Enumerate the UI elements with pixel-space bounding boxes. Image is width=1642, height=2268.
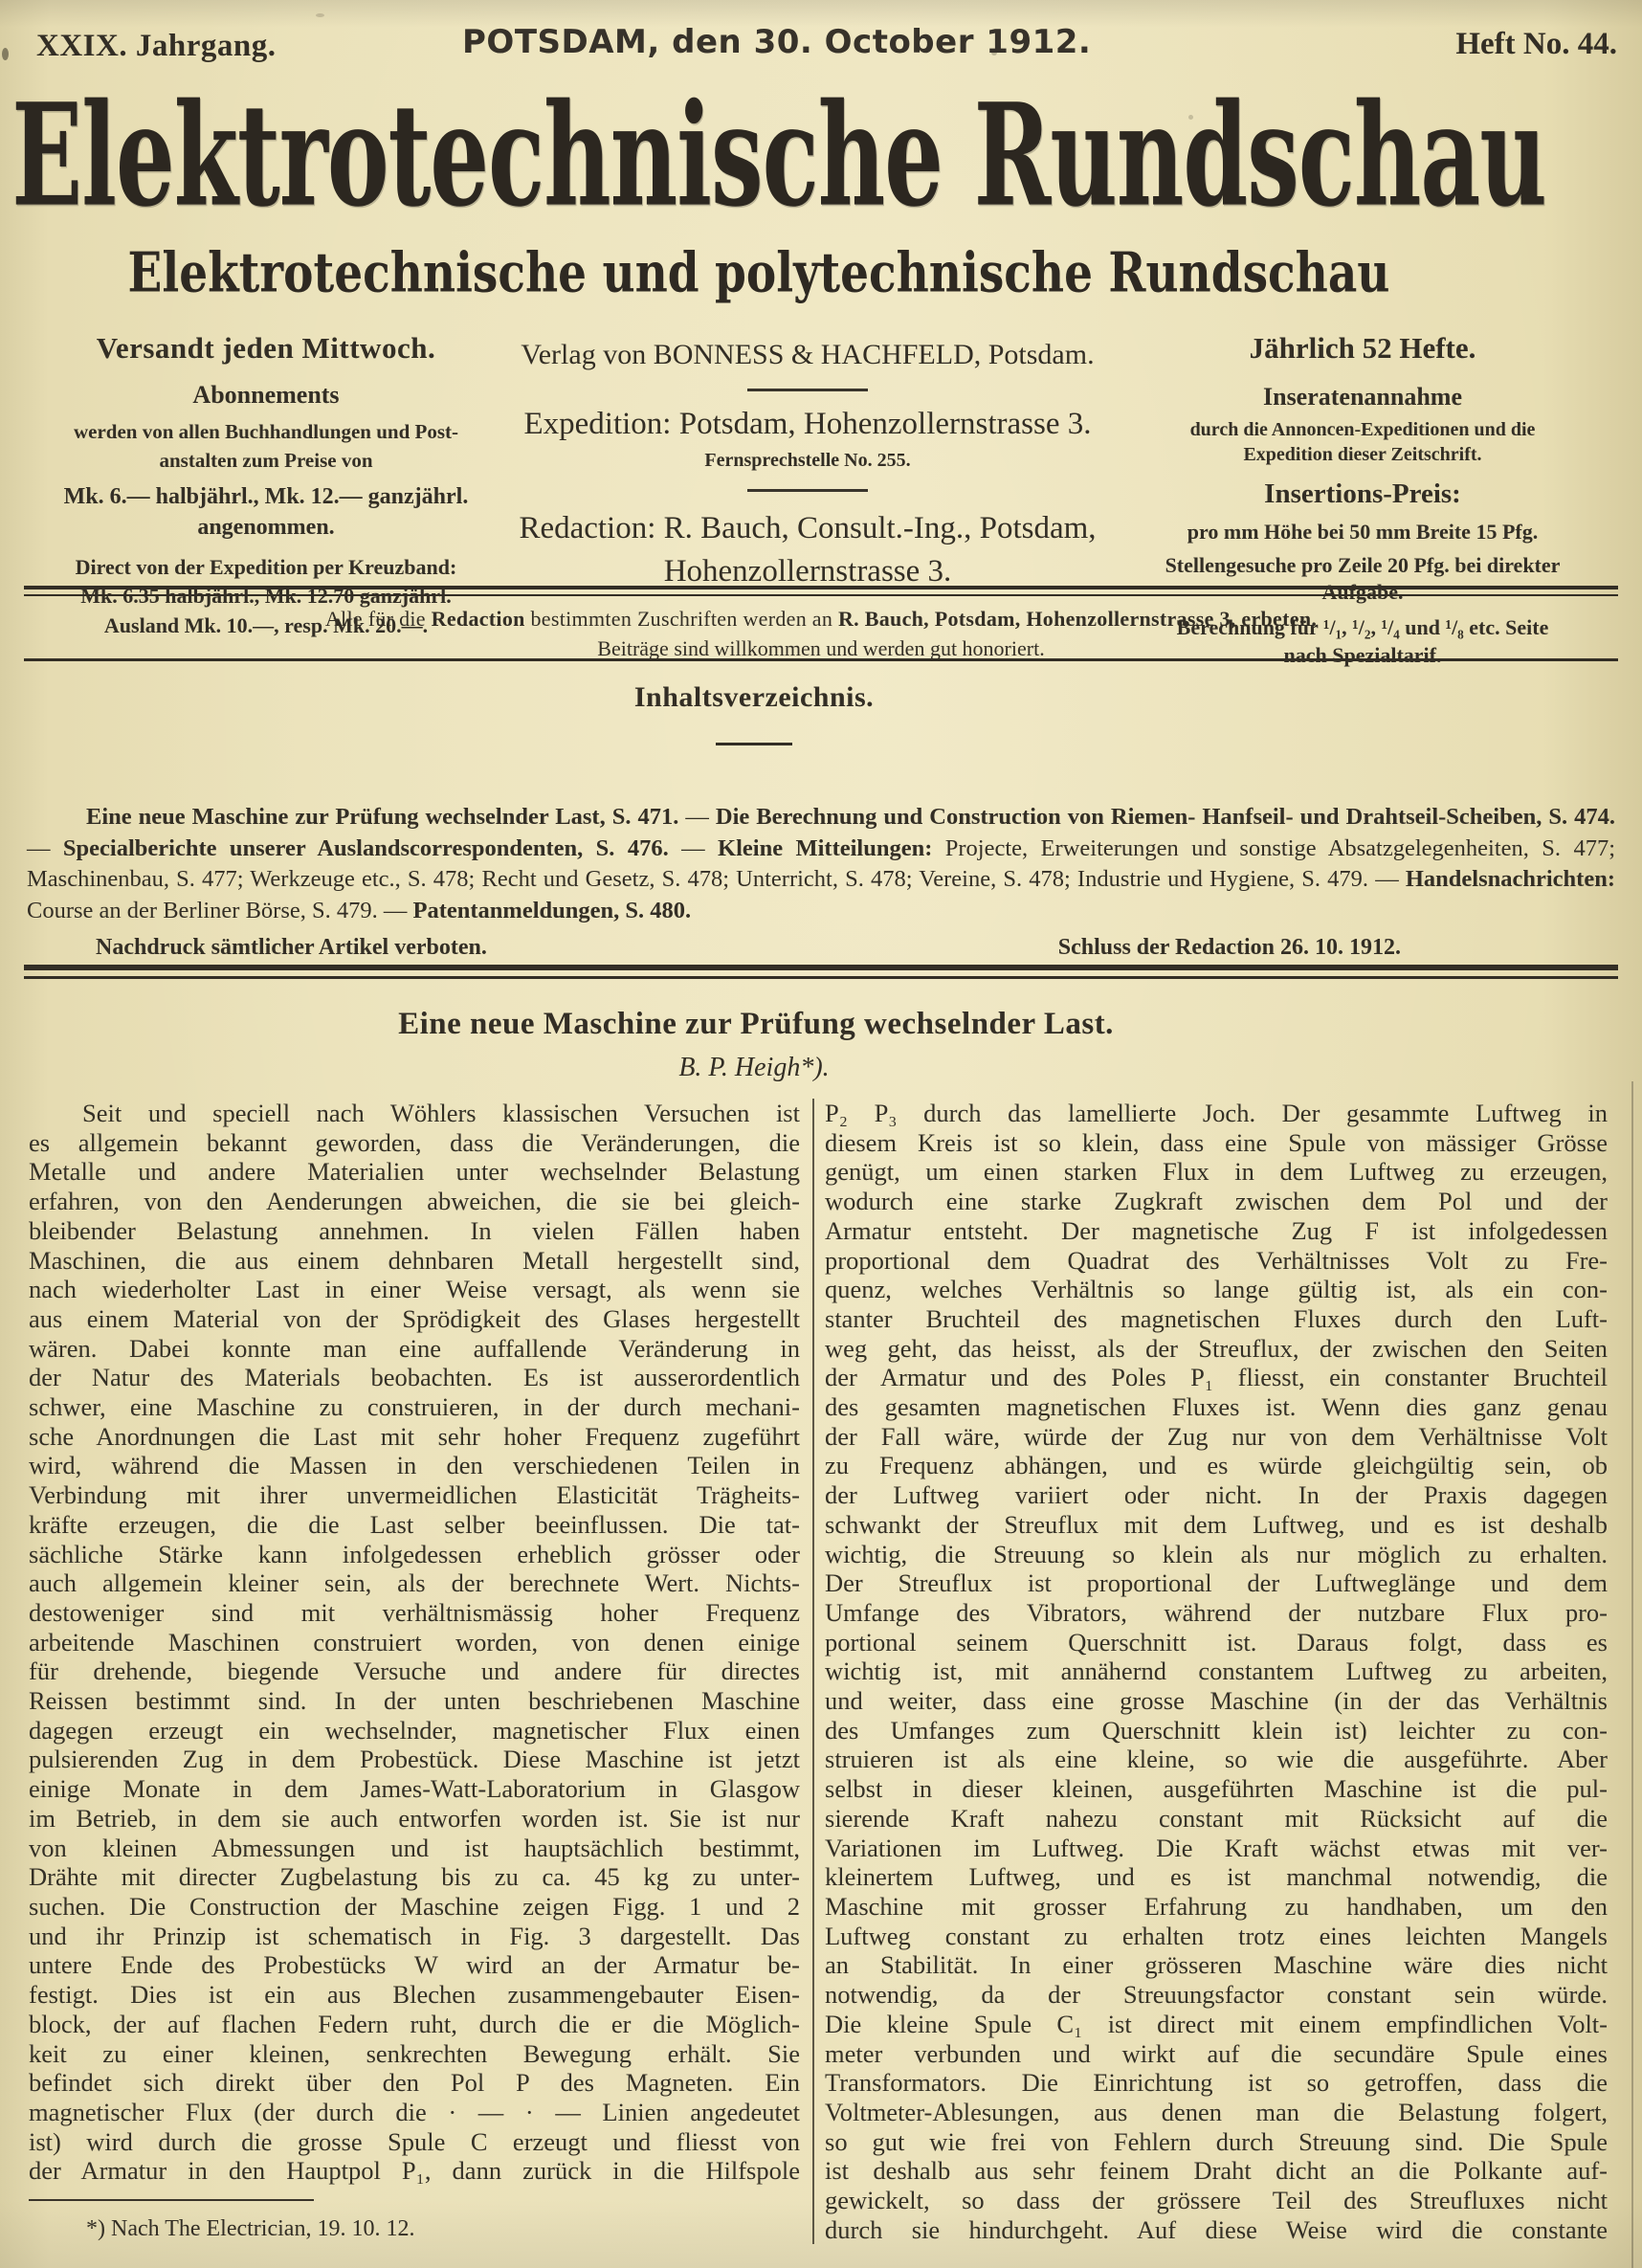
footnote-rule (29, 2199, 314, 2201)
journal-title-wrap: Elektrotechnische Rundschau (0, 63, 1642, 247)
heavy-rule-top (24, 965, 1618, 970)
abonnements-text: werden von allen Buchhandlungen und Post… (21, 417, 511, 476)
redaction-address: Redaction: R. Bauch, Consult.-Ing., Pots… (516, 507, 1099, 592)
abonnements-heading: Abonnements (21, 381, 511, 410)
article-body: Seit und speciell nach Wöhlers klassisch… (29, 1099, 1634, 2244)
reprint-notice: Nachdruck sämtlicher Artikel verboten. (96, 935, 487, 961)
insertion-price-line: pro mm Höhe bei 50 mm Breite 15 Pfg. (1104, 520, 1621, 545)
toc-separator: — (669, 835, 718, 861)
yearly-issues: Jährlich 52 Hefte. (1104, 331, 1621, 366)
journal-page-scan: XXIX. Jahrgang. POTSDAM, den 30. October… (0, 0, 1642, 2268)
journal-subtitle-wrap: Elektrotechnische und polytechnische Run… (0, 241, 1642, 304)
article-byline-wrap: B. P. Heigh*). (0, 1053, 1642, 1083)
ads-text: durch die Annoncen-Expeditionen und die … (1104, 417, 1621, 467)
toc-entry: Die Berechnung und Construction von Riem… (716, 804, 1615, 830)
table-of-contents: Eine neue Maschine zur Prüfung wechselnd… (27, 802, 1615, 926)
notice-seg: bestimmten Zuschriften werden an (525, 607, 838, 631)
footnote-block: *) Nach The Electrician, 19. 10. 12. (29, 2199, 800, 2242)
job-ads-price: Stellengesuche pro Zeile 20 Pfg. bei dir… (1104, 552, 1621, 605)
shipping-note: Versandt jeden Mittwoch. (21, 331, 511, 366)
contents-divider (716, 743, 792, 745)
scan-artifact (2, 48, 9, 60)
article-column-left: Seit und speciell nach Wöhlers klassisch… (29, 1099, 800, 2244)
editorial-deadline: Schluss der Redaction 26. 10. 1912. (1058, 935, 1401, 961)
contents-heading: Inhaltsverzeichnis. (634, 681, 874, 714)
article-text-left: Seit und speciell nach Wöhlers klassisch… (29, 1099, 800, 2186)
publisher-line: Verlag von BONNESS & HACHFELD, Potsdam. (516, 339, 1099, 371)
heavy-rule-bottom (24, 976, 1618, 979)
dateline: POTSDAM, den 30. October 1912. (462, 23, 1091, 61)
toc-separator: — (678, 804, 716, 830)
notice-seg: R. Bauch, Potsdam, Hohenzollernstrasse 3… (838, 607, 1317, 631)
toc-entry: Eine neue Maschine zur Prüfung wechselnd… (86, 804, 678, 830)
single-rule (24, 658, 1618, 661)
double-rule-top (24, 586, 1618, 589)
redaction-notice: Alle für die Redaction bestimmten Zuschr… (0, 607, 1642, 661)
divider (747, 389, 868, 391)
toc-entry: Specialberichte unserer Auslandscorrespo… (63, 835, 669, 861)
insertion-price-heading: Insertions-Preis: (1104, 478, 1621, 510)
subscription-price: Mk. 6.— halbjährl., Mk. 12.— ganzjährl. … (21, 481, 511, 544)
article-text-right: P₂ P₃ durch das lamellierte Joch. Der ge… (825, 1099, 1608, 2244)
toc-entry: Patentanmeldungen, S. 480. (413, 898, 692, 923)
article-byline: B. P. Heigh*). (678, 1053, 829, 1083)
toc-subentries: Course an der Berliner Börse, S. 479. — (27, 898, 413, 923)
article-title-wrap: Eine neue Maschine zur Prüfung wechselnd… (0, 1007, 1642, 1042)
toc-separator: — (27, 835, 63, 861)
journal-subtitle: Elektrotechnische und polytechnische Run… (128, 240, 1390, 304)
toc-entry: Kleine Mitteilungen: (718, 835, 932, 861)
phone-line: Fernsprechstelle No. 255. (516, 450, 1099, 472)
scan-artifact (316, 13, 324, 17)
article-title: Eine neue Maschine zur Prüfung wechselnd… (398, 1007, 1114, 1042)
issue-label: Heft No. 44. (1455, 27, 1617, 62)
notice-seg: Redaction (432, 607, 525, 631)
page-edge-line (1631, 1081, 1633, 2268)
toc-entry: Handelsnachrichten: (1406, 866, 1615, 892)
footnote: *) Nach The Electrician, 19. 10. 12. (29, 2216, 800, 2242)
ads-heading: Inseratenannahme (1104, 383, 1621, 411)
divider (747, 489, 868, 492)
notice-seg: Alle für die (325, 607, 432, 631)
contents-heading-wrap: Inhaltsverzeichnis. (0, 681, 1642, 714)
expedition-address: Expedition: Potsdam, Hohenzollernstrasse… (516, 407, 1099, 442)
volume-label: XXIX. Jahrgang. (36, 29, 276, 64)
notice-line-1: Alle für die Redaction bestimmten Zuschr… (0, 607, 1642, 632)
column-divider (812, 1099, 814, 2244)
double-rule-bottom (24, 594, 1618, 596)
article-column-right: P₂ P₃ durch das lamellierte Joch. Der ge… (825, 1099, 1608, 2244)
journal-title: Elektrotechnische Rundschau (11, 72, 1546, 237)
